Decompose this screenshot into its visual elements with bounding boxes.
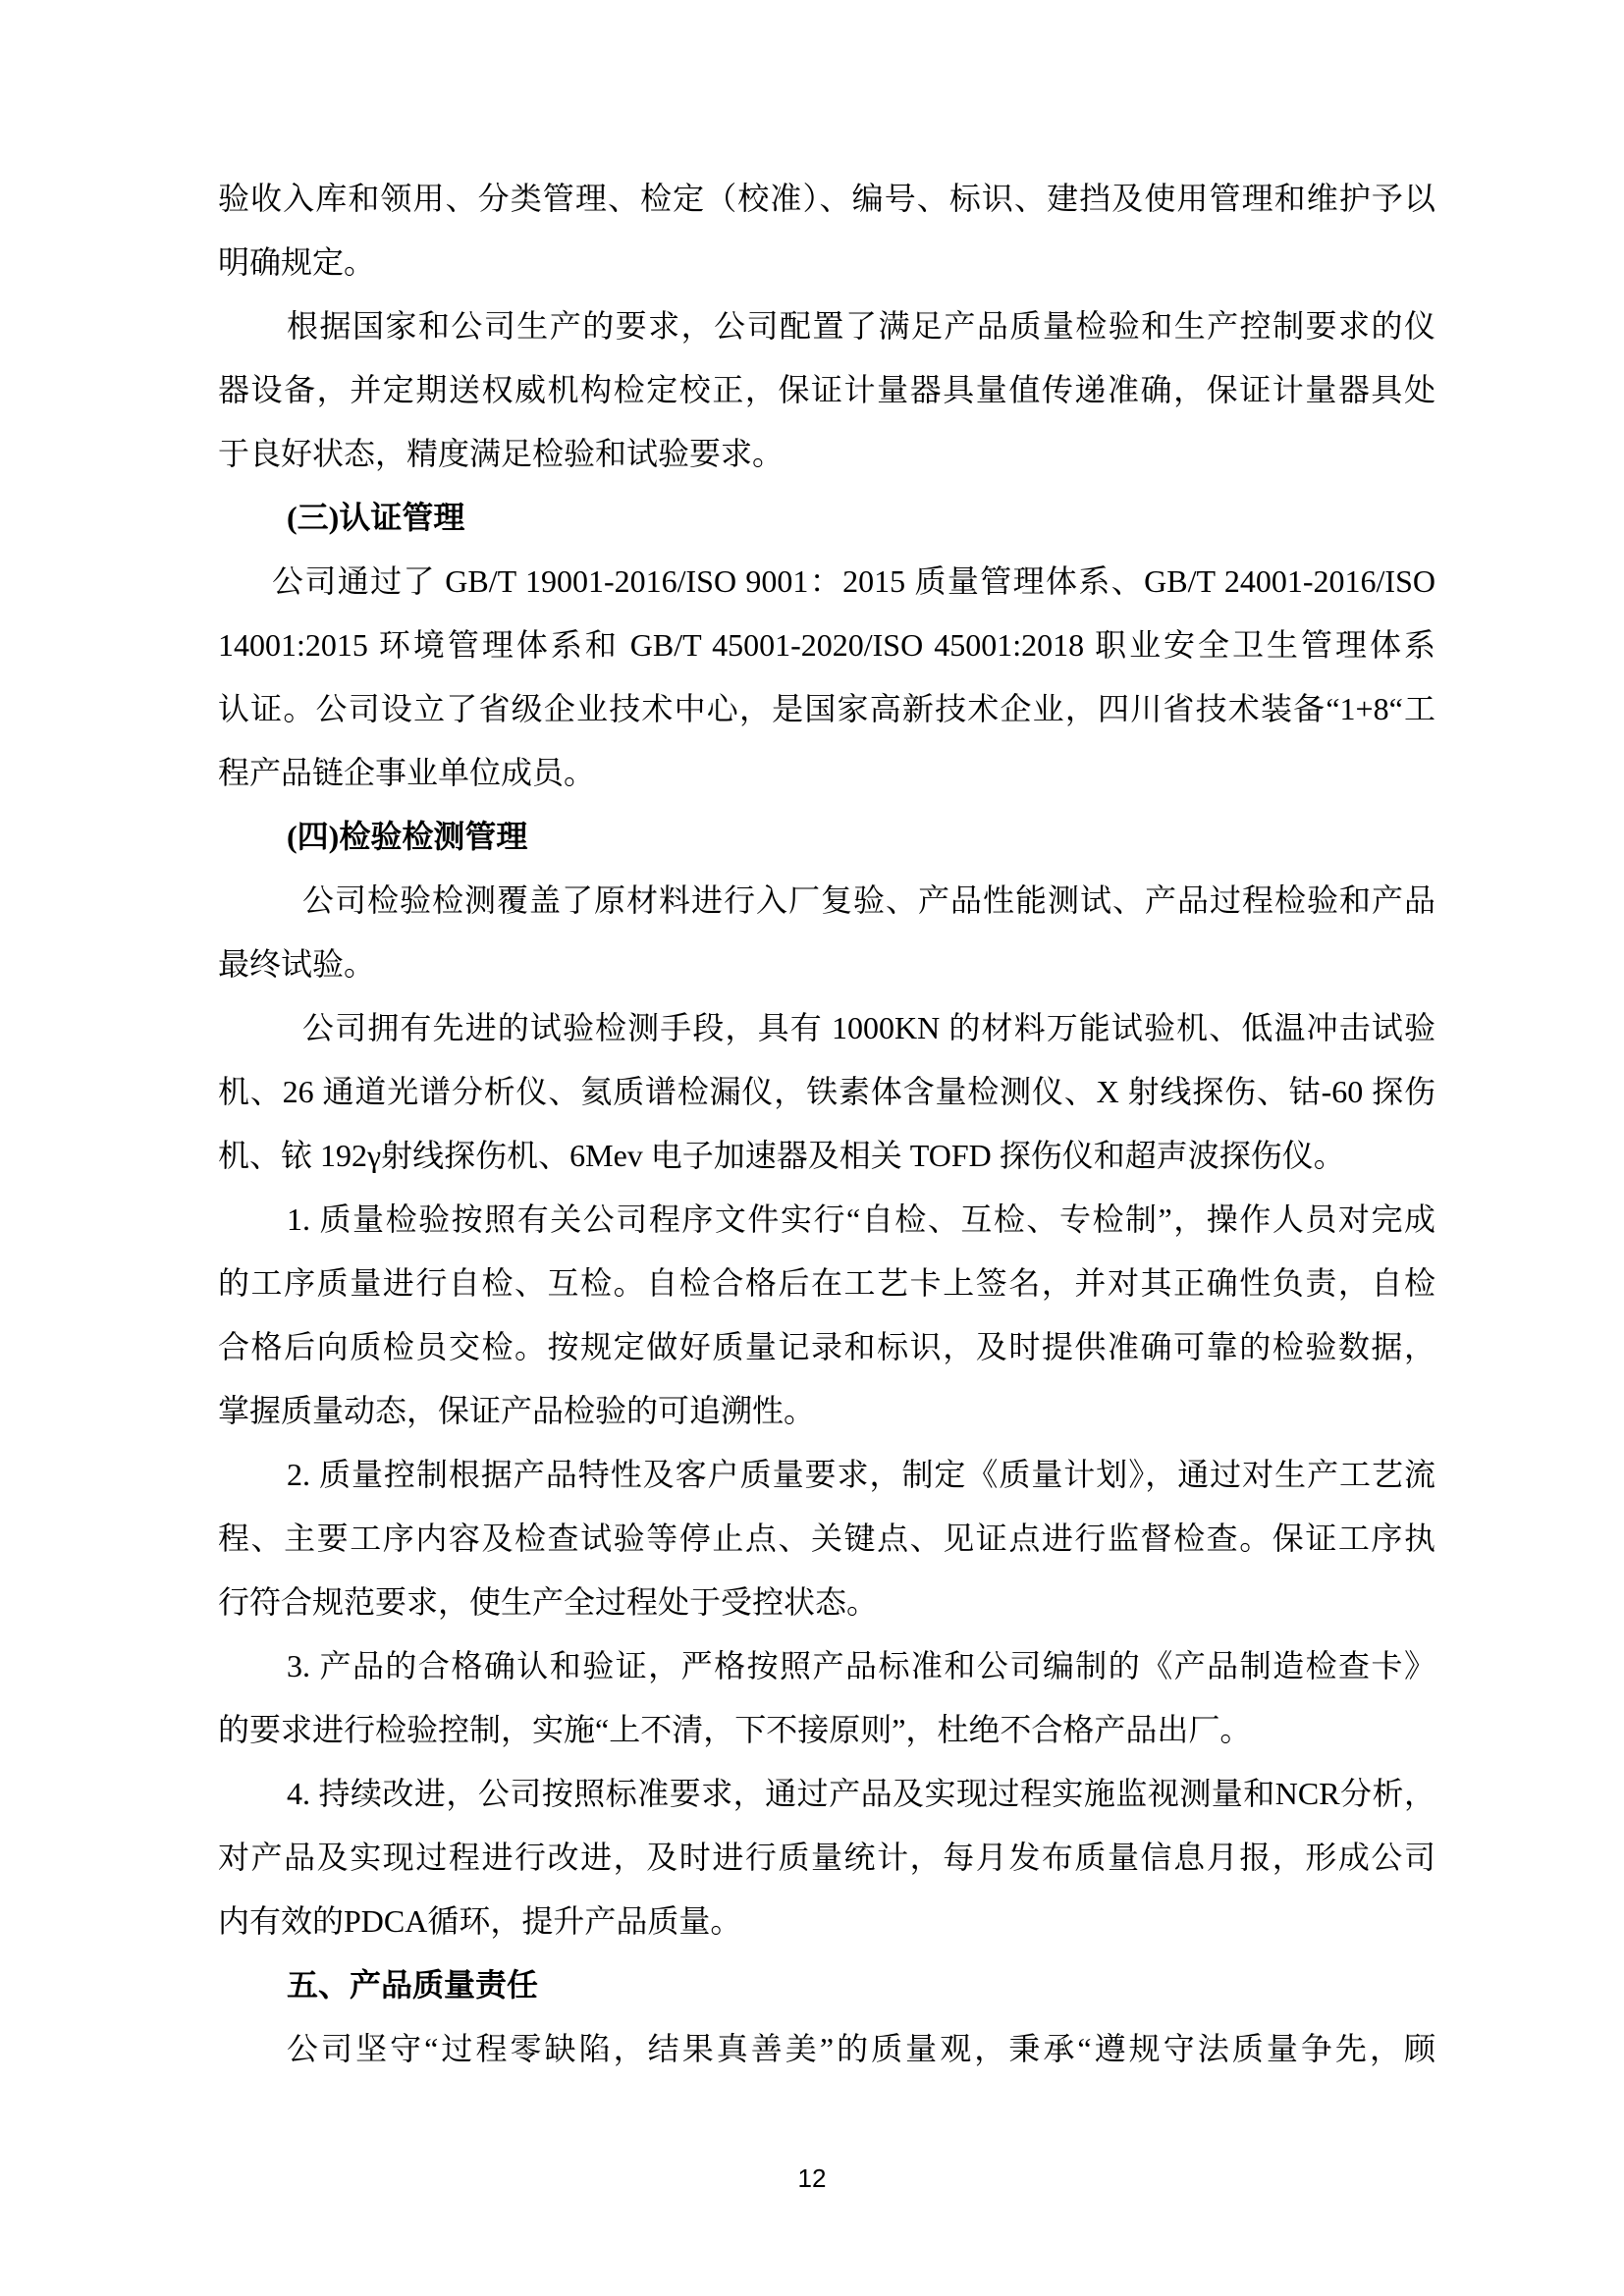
text-line: 机、26 通道光谱分析仪、氦质谱检漏仪，铁素体含量检测仪、X 射线探伤、钴-60… — [218, 1060, 1435, 1124]
text-line: 认证。公司设立了省级企业技术中心，是国家高新技术企业，四川省技术装备“1+8“工 — [218, 677, 1435, 741]
text-line: (四)检验检测管理 — [218, 805, 1435, 869]
text-line: 最终试验。 — [218, 933, 1435, 996]
text-line: 机、铱 192γ射线探伤机、6Mev 电子加速器及相关 TOFD 探伤仪和超声波… — [218, 1124, 1435, 1188]
text-line: 14001:2015 环境管理体系和 GB/T 45001-2020/ISO 4… — [218, 614, 1435, 677]
text-line: 2. 质量控制根据产品特性及客户质量要求，制定《质量计划》，通过对生产工艺流 — [218, 1443, 1435, 1507]
page-footer: 12 — [0, 2163, 1624, 2194]
text-line: 4. 持续改进，公司按照标准要求，通过产品及实现过程实施监视测量和NCR分析， — [218, 1762, 1435, 1826]
text-line: 的要求进行检验控制，实施“上不清，下不接原则”，杜绝不合格产品出厂。 — [218, 1698, 1435, 1762]
text-line: (三)认证管理 — [218, 486, 1435, 550]
text-line: 行符合规范要求，使生产全过程处于受控状态。 — [218, 1571, 1435, 1634]
text-line: 程产品链企事业单位成员。 — [218, 741, 1435, 805]
document-body: 验收入库和领用、分类管理、检定（校准）、编号、标识、建挡及使用管理和维护予以明确… — [218, 167, 1435, 2081]
text-line: 验收入库和领用、分类管理、检定（校准）、编号、标识、建挡及使用管理和维护予以 — [218, 167, 1435, 231]
text-line: 器设备，并定期送权威机构检定校正，保证计量器具量值传递准确，保证计量器具处 — [218, 358, 1435, 422]
page-number: 12 — [798, 2163, 827, 2193]
text-line: 1. 质量检验按照有关公司程序文件实行“自检、互检、专检制”，操作人员对完成 — [218, 1188, 1435, 1252]
text-line: 公司通过了 GB/T 19001-2016/ISO 9001：2015 质量管理… — [218, 550, 1435, 614]
text-line: 五、产品质量责任 — [218, 1953, 1435, 2017]
text-line: 3. 产品的合格确认和验证，严格按照产品标准和公司编制的《产品制造检查卡》 — [218, 1634, 1435, 1698]
document-page: 验收入库和领用、分类管理、检定（校准）、编号、标识、建挡及使用管理和维护予以明确… — [0, 0, 1624, 2296]
text-line: 于良好状态，精度满足检验和试验要求。 — [218, 422, 1435, 486]
text-line: 对产品及实现过程进行改进，及时进行质量统计，每月发布质量信息月报，形成公司 — [218, 1826, 1435, 1890]
text-line: 公司拥有先进的试验检测手段，具有 1000KN 的材料万能试验机、低温冲击试验 — [218, 996, 1435, 1060]
text-line: 根据国家和公司生产的要求，公司配置了满足产品质量检验和生产控制要求的仪 — [218, 294, 1435, 358]
text-line: 的工序质量进行自检、互检。自检合格后在工艺卡上签名，并对其正确性负责，自检 — [218, 1252, 1435, 1315]
text-line: 合格后向质检员交检。按规定做好质量记录和标识，及时提供准确可靠的检验数据， — [218, 1315, 1435, 1379]
text-line: 公司坚守“过程零缺陷，结果真善美”的质量观，秉承“遵规守法质量争先，顾 — [218, 2017, 1435, 2081]
text-line: 公司检验检测覆盖了原材料进行入厂复验、产品性能测试、产品过程检验和产品 — [218, 869, 1435, 933]
text-line: 程、主要工序内容及检查试验等停止点、关键点、见证点进行监督检查。保证工序执 — [218, 1507, 1435, 1571]
text-line: 掌握质量动态，保证产品检验的可追溯性。 — [218, 1379, 1435, 1443]
text-line: 内有效的PDCA循环，提升产品质量。 — [218, 1890, 1435, 1953]
text-line: 明确规定。 — [218, 231, 1435, 294]
